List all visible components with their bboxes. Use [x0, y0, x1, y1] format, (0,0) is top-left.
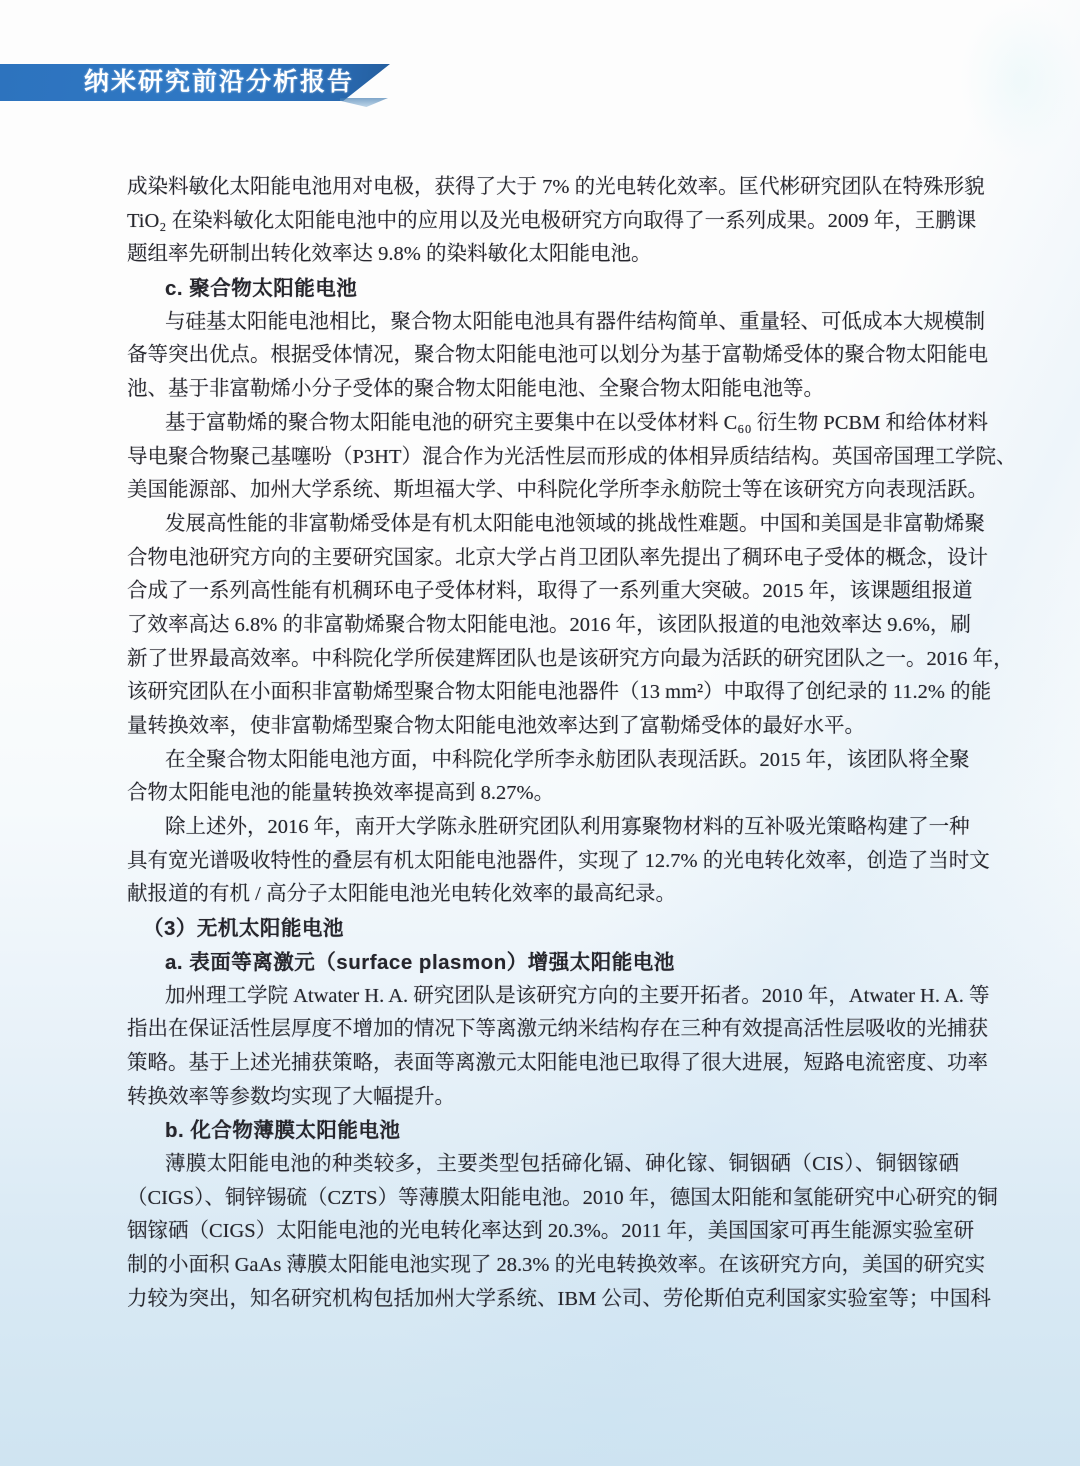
report-title: 纳米研究前沿分析报告 — [0, 64, 390, 101]
text-line: TiO₂ 在染料敏化太阳能电池中的应用以及光电极研究方向取得了一系列成果。200… — [127, 205, 959, 239]
text-line: 与硅基太阳能电池相比，聚合物太阳能电池具有器件结构简单、重量轻、可低成本大规模制 — [127, 306, 959, 340]
text-line: 转换效率等参数均实现了大幅提升。 — [127, 1081, 959, 1115]
text-line: 了效率高达 6.8% 的非富勒烯聚合物太阳能电池。2016 年，该团队报道的电池… — [127, 609, 959, 643]
text-line: 献报道的有机 / 高分子太阳能电池光电转化效率的最高纪录。 — [127, 878, 959, 912]
text-line: （CIGS）、铜锌锡硫（CZTS）等薄膜太阳能电池。2010 年，德国太阳能和氢… — [127, 1182, 959, 1216]
text-line: 基于富勒烯的聚合物太阳能电池的研究主要集中在以受体材料 C₆₀ 衍生物 PCBM… — [127, 407, 959, 441]
text-line: 薄膜太阳能电池的种类较多，主要类型包括碲化镉、砷化镓、铜铟硒（CIS）、铜铟镓硒 — [127, 1148, 959, 1182]
text-line: 导电聚合物聚己基噻吩（P3HT）混合作为光活性层而形成的体相异质结结构。英国帝国… — [127, 441, 959, 475]
text-line: 新了世界最高效率。中科院化学所侯建辉团队也是该研究方向最为活跃的研究团队之一。2… — [127, 643, 959, 677]
text-line: 量转换效率，使非富勒烯型聚合物太阳能电池效率达到了富勒烯受体的最好水平。 — [127, 710, 959, 744]
text-line: 指出在保证活性层厚度不增加的情况下等离激元纳米结构存在三种有效提高活性层吸收的光… — [127, 1013, 959, 1047]
text-line: 制的小面积 GaAs 薄膜太阳能电池实现了 28.3% 的光电转换效率。在该研究… — [127, 1249, 959, 1283]
text-line: 具有宽光谱吸收特性的叠层有机太阳能电池器件，实现了 12.7% 的光电转化效率，… — [127, 845, 959, 879]
section-heading: a. 表面等离激元（surface plasmon）增强太阳能电池 — [127, 946, 959, 980]
text-line: 池、基于非富勒烯小分子受体的聚合物太阳能电池、全聚合物太阳能电池等。 — [127, 373, 959, 407]
document-text-body: 成染料敏化太阳能电池用对电极，获得了大于 7% 的光电转化效率。匡代彬研究团队在… — [127, 171, 959, 1316]
text-line: 备等突出优点。根据受体情况，聚合物太阳能电池可以划分为基于富勒烯受体的聚合物太阳… — [127, 339, 959, 373]
text-line: 题组率先研制出转化效率达 9.8% 的染料敏化太阳能电池。 — [127, 238, 959, 272]
text-line: 力较为突出，知名研究机构包括加州大学系统、IBM 公司、劳伦斯伯克利国家实验室等… — [127, 1283, 959, 1317]
text-line: 铟镓硒（CIGS）太阳能电池的光电转化率达到 20.3%。2011 年，美国国家… — [127, 1215, 959, 1249]
section-heading: b. 化合物薄膜太阳能电池 — [127, 1114, 959, 1148]
section-heading: （3）无机太阳能电池 — [127, 912, 959, 946]
text-line: 在全聚合物太阳能电池方面，中科院化学所李永舫团队表现活跃。2015 年，该团队将… — [127, 744, 959, 778]
text-line: 合物电池研究方向的主要研究国家。北京大学占肖卫团队率先提出了稠环电子受体的概念，… — [127, 542, 959, 576]
text-line: 合成了一系列高性能有机稠环电子受体材料，取得了一系列重大突破。2015 年，该课… — [127, 575, 959, 609]
text-line: 成染料敏化太阳能电池用对电极，获得了大于 7% 的光电转化效率。匡代彬研究团队在… — [127, 171, 959, 205]
text-line: 发展高性能的非富勒烯受体是有机太阳能电池领域的挑战性难题。中国和美国是非富勒烯聚 — [127, 508, 959, 542]
section-heading: c. 聚合物太阳能电池 — [127, 272, 959, 306]
text-line: 美国能源部、加州大学系统、斯坦福大学、中科院化学所李永舫院士等在该研究方向表现活… — [127, 474, 959, 508]
text-line: 加州理工学院 Atwater H. A. 研究团队是该研究方向的主要开拓者。20… — [127, 980, 959, 1014]
text-line: 该研究团队在小面积非富勒烯型聚合物太阳能电池器件（13 mm²）中取得了创纪录的… — [127, 676, 959, 710]
text-line: 除上述外，2016 年，南开大学陈永胜研究团队利用寡聚物材料的互补吸光策略构建了… — [127, 811, 959, 845]
text-line: 策略。基于上述光捕获策略，表面等离激元太阳能电池已取得了很大进展，短路电流密度、… — [127, 1047, 959, 1081]
text-line: 合物太阳能电池的能量转换效率提高到 8.27%。 — [127, 777, 959, 811]
report-header-banner: 纳米研究前沿分析报告 — [0, 64, 390, 101]
